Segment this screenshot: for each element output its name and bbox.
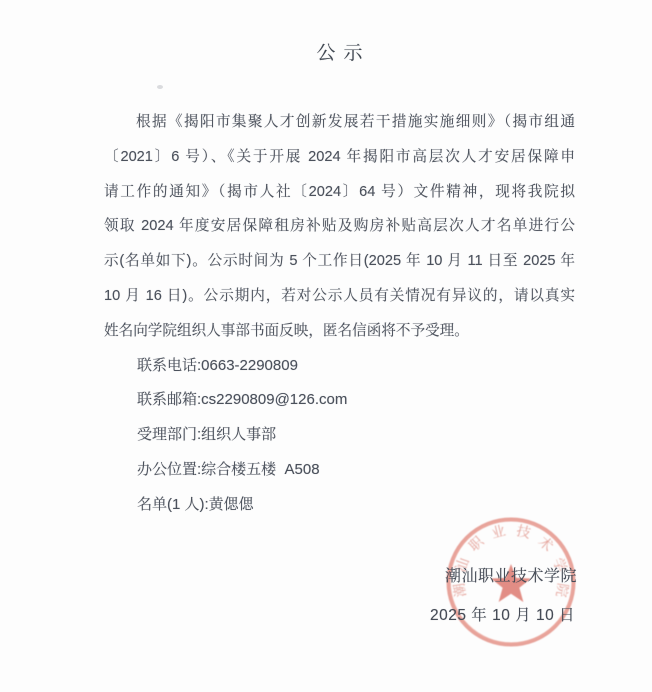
announcement-document: 公示 根据《揭阳市集聚人才创新发展若干措施实施细则》（揭市组通 〔2021〕6 … xyxy=(0,0,652,692)
body-line: 领取 2024 年度安居保障租房补贴及购房补贴高层次人才名单进行公 xyxy=(104,209,575,244)
contact-phone-line: 联系电话:0663-2290809 xyxy=(137,349,575,384)
body-line: 请工作的通知》（揭市人社〔2024〕64 号）文件精神，现将我院拟 xyxy=(104,175,575,210)
contact-email-line: 联系邮箱:cs2290809@126.com xyxy=(137,383,575,418)
signature-organization: 潮汕职业技术学院 xyxy=(445,563,577,586)
body-line: 示(名单如下)。公示时间为 5 个工作日(2025 年 10 月 11 日至 2… xyxy=(104,244,575,279)
scan-speck xyxy=(157,85,163,89)
body-text: 根据《揭阳市集聚人才创新发展若干措施实施细则》（揭市组通 〔2021〕6 号）、… xyxy=(104,105,575,523)
page-title: 公示 xyxy=(104,38,575,65)
body-line: 姓名向学院组织人事部书面反映，匿名信函将不予受理。 xyxy=(104,314,575,349)
body-line: 根据《揭阳市集聚人才创新发展若干措施实施细则》（揭市组通 xyxy=(104,105,575,140)
signature-date: 2025 年 10 月 10 日 xyxy=(430,603,575,625)
body-line: 10 月 16 日)。公示期内，若对公示人员有关情况有异议的，请以真实 xyxy=(104,279,575,314)
body-line: 〔2021〕6 号）、《关于开展 2024 年揭阳市高层次人才安居保障申 xyxy=(104,140,575,175)
office-location-line: 办公位置:综合楼五楼 A508 xyxy=(137,453,575,488)
accepting-department-line: 受理部门:组织人事部 xyxy=(137,418,575,453)
